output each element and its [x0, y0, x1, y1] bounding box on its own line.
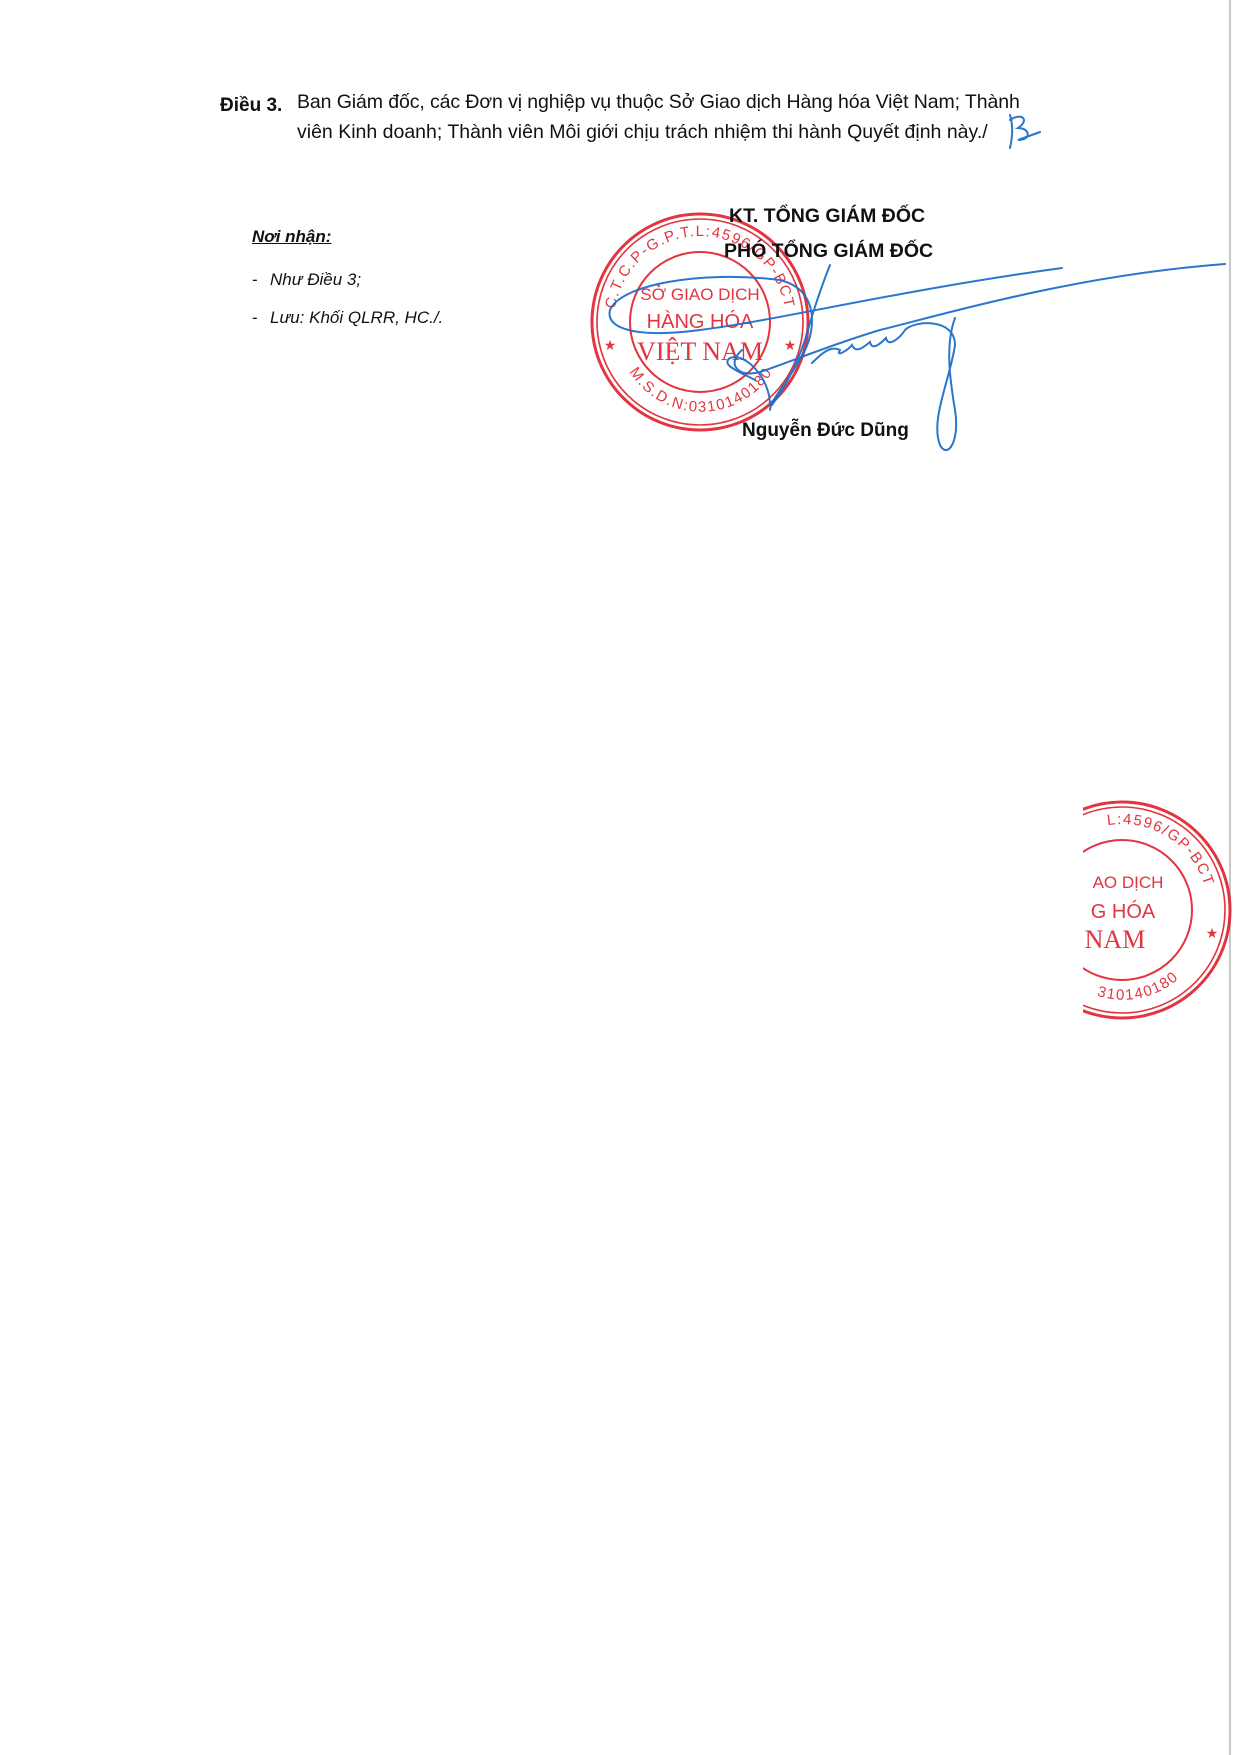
- partial-seal-center-line-1: AO DỊCH: [1093, 873, 1164, 892]
- partial-seal-center-line-2: G HÓA: [1091, 900, 1156, 923]
- signature-title-line-1: KT. TỔNG GIÁM ĐỐC: [729, 205, 925, 228]
- signer-name: Nguyễn Đức Dũng: [742, 420, 909, 442]
- stamps-and-signature-layer: C.T.C.P-G.P.T.L:4596/GP-BCT M.S.D.N:0310…: [0, 0, 1241, 1755]
- seal-star-icon: ★: [1206, 925, 1219, 941]
- seal-center-line-3: VIỆT NAM: [637, 337, 763, 366]
- seal-bottom-text: M.S.D.N:0310140180: [626, 364, 776, 416]
- seal-center-line-1: SỞ GIAO DỊCH: [640, 285, 759, 304]
- seal-star-icon: ★: [604, 337, 617, 353]
- partial-seal-center-line-3: NAM: [1085, 925, 1146, 954]
- partial-seal: L:4596/GP-BCT 310140180 AO DỊCH G HÓA NA…: [1014, 802, 1230, 1018]
- partial-seal-bottom-text: 310140180: [1096, 968, 1182, 1004]
- seal-star-icon: ★: [784, 337, 797, 353]
- signature-title-line-2: PHÓ TỔNG GIÁM ĐỐC: [724, 240, 933, 263]
